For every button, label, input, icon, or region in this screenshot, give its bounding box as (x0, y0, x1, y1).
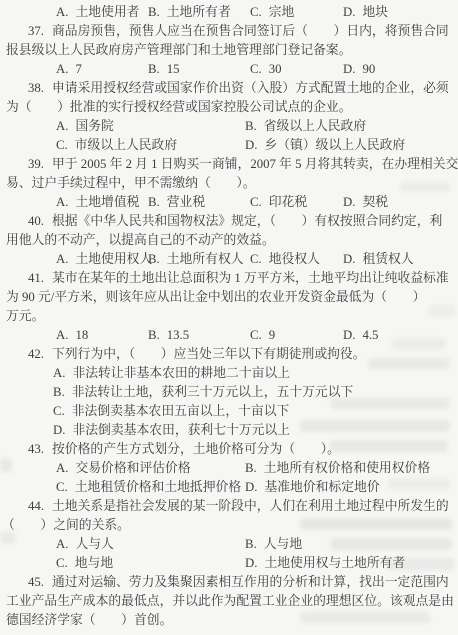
q38-options-row-1: A.国务院 B.省级以上人民政府 (0, 117, 458, 136)
option-text: 印花税 (269, 195, 307, 209)
q37-option-a: A.7 (56, 60, 82, 79)
stem-text: 万元。 (6, 309, 44, 323)
option-label: A. (56, 5, 68, 19)
option-text: 非法转让土地，获利三十万元以上，五十万元以下 (72, 385, 354, 399)
option-text: 市级以上人民政府 (75, 138, 177, 152)
option-label: C. (53, 404, 65, 418)
stem-text: 按价格的产生方式划分，土地价格可分为（ ）。 (52, 442, 340, 456)
question-number: 37. (28, 24, 44, 38)
option-text: 13.5 (167, 328, 189, 342)
q38-option-d: D.乡（镇）级以上人民政府 (245, 136, 405, 155)
option-label: A. (56, 328, 68, 342)
question-number: 39. (28, 157, 44, 171)
q41-option-a: A.18 (56, 326, 88, 345)
q38-stem-line-1: 38.申请采用授权经营或国家作价出资（入股）方式配置土地的企业，必须 (0, 79, 458, 98)
q44-option-a: A.人与人 (56, 535, 114, 554)
option-text: 土地所有权价格和使用权价格 (264, 461, 430, 475)
option-text: 18 (75, 328, 88, 342)
q41-stem-line-3: 万元。 (0, 307, 458, 326)
option-label: D. (343, 62, 355, 76)
stem-text: 土地关系是指社会发展的某一阶段中，人们在利用土地过程中所发生的 (52, 499, 449, 513)
option-label: C. (56, 556, 68, 570)
option-text: 90 (362, 62, 375, 76)
option-label: B. (148, 328, 160, 342)
option-text: 地役权人 (269, 252, 320, 266)
q38-option-c: C.市级以上人民政府 (56, 136, 177, 155)
option-label: D. (245, 138, 257, 152)
q39-option-b: B.营业税 (148, 193, 205, 212)
q41-stem-line-1: 41.某市在某年的土地出让总面积为 1 万平方米，土地平均出让纯收益标准 (0, 269, 458, 288)
option-text: 乡（镇）级以上人民政府 (264, 138, 405, 152)
q39-stem-line-1: 39.甲于 2005 年 2 月 1 日购买一商铺，2007 年 5 月将其转卖… (0, 155, 458, 174)
question-number: 42. (28, 347, 44, 361)
stem-text: 通过对运输、劳力及集聚因素相互作用的分析和计算，找出一定范围内 (52, 575, 449, 589)
option-text: 土地所有者 (167, 5, 231, 19)
q44-stem-line-2: （ ）之间的关系。 (0, 516, 458, 535)
option-label: D. (343, 195, 355, 209)
option-text: 7 (75, 62, 81, 76)
option-label: B. (148, 252, 160, 266)
option-label: C. (250, 5, 262, 19)
option-label: B. (53, 385, 65, 399)
option-text: 地块 (362, 5, 388, 19)
q43-option-b: B.土地所有权价格和使用权价格 (245, 459, 430, 478)
question-number: 43. (28, 442, 44, 456)
option-text: 土地使用者 (75, 5, 139, 19)
q37-option-d: D.90 (343, 60, 375, 79)
q37-stem-line-2: 报县级以上人民政府房产管理部门和土地管理部门登记备案。 (0, 41, 458, 60)
option-label: A. (56, 461, 68, 475)
q36-option-a: A.土地使用者 (56, 3, 139, 22)
option-text: 营业税 (167, 195, 205, 209)
q42-option-c: C.非法倒卖基本农田五亩以上，十亩以下 (0, 402, 458, 421)
option-label: B. (148, 5, 160, 19)
option-label: D. (343, 252, 355, 266)
q44-option-b: B.人与地 (245, 535, 302, 554)
q40-option-a: A.土地使用权人 (56, 250, 152, 269)
option-text: 土地所有权人 (167, 252, 244, 266)
stem-text: 申请采用授权经营或国家作价出资（入股）方式配置土地的企业，必须 (52, 81, 449, 95)
stem-text: 某市在某年的土地出让总面积为 1 万平方米，土地平均出让纯收益标准 (52, 271, 449, 285)
option-text: 契税 (362, 195, 388, 209)
q38-option-a: A.国务院 (56, 117, 114, 136)
option-text: 基准地价和标定地价 (264, 480, 379, 494)
q36-option-b: B.土地所有者 (148, 3, 231, 22)
option-label: B. (245, 461, 257, 475)
stem-text: 甲于 2005 年 2 月 1 日购买一商铺，2007 年 5 月将其转卖，在办… (52, 157, 458, 171)
option-label: A. (53, 366, 65, 380)
option-text: 省级以上人民政府 (264, 119, 366, 133)
q40-option-d: D.租赁权人 (343, 250, 414, 269)
option-text: 非法转让非基本农田的耕地二十亩以上 (72, 366, 290, 380)
q36-options-row: A.土地使用者 B.土地所有者 C.宗地 D.地块 (0, 3, 458, 22)
q44-option-c: C.地与地 (56, 554, 113, 573)
option-text: 土地增值税 (75, 195, 139, 209)
option-label: C. (56, 138, 68, 152)
option-label: A. (56, 195, 68, 209)
option-text: 30 (269, 62, 282, 76)
question-number: 45. (28, 575, 44, 589)
q43-options-row-1: A.交易价格和评估价格 B.土地所有权价格和使用权价格 (0, 459, 458, 478)
stem-text: 为（ ）批准的实行授权经营或国家控股公司试点的企业。 (6, 100, 352, 114)
question-number: 44. (28, 499, 44, 513)
option-text: 地与地 (75, 556, 113, 570)
option-text: 宗地 (269, 5, 295, 19)
option-label: D. (245, 480, 257, 494)
option-text: 非法倒卖基本农田，获利七十万元以上 (72, 423, 290, 437)
option-label: C. (250, 252, 262, 266)
option-text: 人与地 (264, 537, 302, 551)
option-text: 交易价格和评估价格 (75, 461, 190, 475)
q38-stem-line-2: 为（ ）批准的实行授权经营或国家控股公司试点的企业。 (0, 98, 458, 117)
q41-stem-line-2: 为 90 元/平方米，则该年应从出让金中划出的农业开发资金最低为（ ） (0, 288, 458, 307)
q44-stem-line-1: 44.土地关系是指社会发展的某一阶段中，人们在利用土地过程中所发生的 (0, 497, 458, 516)
q42-option-b: B.非法转让土地，获利三十万元以上，五十万元以下 (0, 383, 458, 402)
option-label: B. (148, 62, 160, 76)
option-text: 9 (269, 328, 275, 342)
q39-option-a: A.土地增值税 (56, 193, 139, 212)
q39-options-row: A.土地增值税 B.营业税 C.印花税 D.契税 (0, 193, 458, 212)
option-label: D. (53, 423, 65, 437)
option-text: 土地使用权与土地所有者 (264, 556, 405, 570)
q45-stem-line-2: 工业产品生产成本的最低点，并以此作为配置工业企业的理想区位。该观点是由 (0, 592, 458, 611)
question-number: 38. (28, 81, 44, 95)
option-label: A. (56, 119, 68, 133)
q37-options-row: A.7 B.15 C.30 D.90 (0, 60, 458, 79)
q42-option-d: D.非法倒卖基本农田，获利七十万元以上 (0, 421, 458, 440)
option-text: 土地使用权人 (75, 252, 152, 266)
q41-option-c: C.9 (250, 326, 275, 345)
stem-text: 用他人的不动产，以提高自己的不动产的效益。 (6, 233, 275, 247)
q41-option-d: D.4.5 (343, 326, 378, 345)
stem-text: 德国经济学家（ ）首创。 (6, 613, 172, 627)
q45-stem-line-1: 45.通过对运输、劳力及集聚因素相互作用的分析和计算，找出一定范围内 (0, 573, 458, 592)
stem-text: 根据《中华人民共和国物权法》规定，（ ）有权按照合同约定，利 (52, 214, 442, 228)
option-label: C. (250, 195, 262, 209)
option-label: C. (250, 328, 262, 342)
q40-stem-line-2: 用他人的不动产，以提高自己的不动产的效益。 (0, 231, 458, 250)
q41-option-b: B.13.5 (148, 326, 189, 345)
stem-text: 工业产品生产成本的最低点，并以此作为配置工业企业的理想区位。该观点是由 (6, 594, 454, 608)
q42-option-a: A.非法转让非基本农田的耕地二十亩以上 (0, 364, 458, 383)
q44-options-row-2: C.地与地 D.土地使用权与土地所有者 (0, 554, 458, 573)
q39-option-c: C.印花税 (250, 193, 307, 212)
q45-stem-line-3: 德国经济学家（ ）首创。 (0, 611, 458, 630)
q44-options-row-1: A.人与人 B.人与地 (0, 535, 458, 554)
stem-text: 商品房预售，预售人应当在预售合同签订后（ ）日内，将预售合同 (52, 24, 449, 38)
option-label: A. (56, 537, 68, 551)
option-label: D. (245, 556, 257, 570)
q44-option-d: D.土地使用权与土地所有者 (245, 554, 405, 573)
q40-stem-line-1: 40.根据《中华人民共和国物权法》规定，（ ）有权按照合同约定，利 (0, 212, 458, 231)
option-label: C. (56, 480, 68, 494)
q37-stem-line-1: 37.商品房预售，预售人应当在预售合同签订后（ ）日内，将预售合同 (0, 22, 458, 41)
stem-text: 报县级以上人民政府房产管理部门和土地管理部门登记备案。 (6, 43, 352, 57)
option-text: 4.5 (362, 328, 378, 342)
option-label: A. (56, 252, 68, 266)
q43-option-d: D.基准地价和标定地价 (245, 478, 380, 497)
q38-option-b: B.省级以上人民政府 (245, 117, 366, 136)
option-text: 租赁权人 (362, 252, 413, 266)
q41-options-row: A.18 B.13.5 C.9 D.4.5 (0, 326, 458, 345)
option-text: 土地租赁价格和土地抵押价格 (75, 480, 241, 494)
stem-text: 下列行为中，（ ）应当处三年以下有期徒刑或拘役。 (52, 347, 366, 361)
q37-option-b: B.15 (148, 60, 180, 79)
option-label: D. (343, 328, 355, 342)
q37-option-c: C.30 (250, 60, 282, 79)
q40-option-b: B.土地所有权人 (148, 250, 244, 269)
option-label: D. (343, 5, 355, 19)
q36-option-d: D.地块 (343, 3, 388, 22)
q43-option-c: C.土地租赁价格和土地抵押价格 (56, 478, 241, 497)
option-text: 非法倒卖基本农田五亩以上，十亩以下 (72, 404, 290, 418)
q43-option-a: A.交易价格和评估价格 (56, 459, 191, 478)
q38-options-row-2: C.市级以上人民政府 D.乡（镇）级以上人民政府 (0, 136, 458, 155)
q39-stem-line-2: 易、过户手续过程中，甲不需缴纳（ ）。 (0, 174, 458, 193)
stem-text: 为 90 元/平方米，则该年应从出让金中划出的农业开发资金最低为（ ） (6, 290, 425, 304)
q39-option-d: D.契税 (343, 193, 388, 212)
question-number: 41. (28, 271, 44, 285)
option-text: 国务院 (75, 119, 113, 133)
stem-text: （ ）之间的关系。 (2, 518, 130, 532)
question-number: 40. (28, 214, 44, 228)
option-label: A. (56, 62, 68, 76)
option-text: 15 (167, 62, 180, 76)
option-text: 人与人 (75, 537, 113, 551)
q43-options-row-2: C.土地租赁价格和土地抵押价格 D.基准地价和标定地价 (0, 478, 458, 497)
exam-page: A.土地使用者 B.土地所有者 C.宗地 D.地块 37.商品房预售，预售人应当… (0, 0, 458, 635)
option-label: B. (148, 195, 160, 209)
q42-stem-line-1: 42.下列行为中，（ ）应当处三年以下有期徒刑或拘役。 (0, 345, 458, 364)
q40-options-row: A.土地使用权人 B.土地所有权人 C.地役权人 D.租赁权人 (0, 250, 458, 269)
q40-option-c: C.地役权人 (250, 250, 320, 269)
option-label: B. (245, 537, 257, 551)
option-label: B. (245, 119, 257, 133)
q43-stem-line-1: 43.按价格的产生方式划分，土地价格可分为（ ）。 (0, 440, 458, 459)
q36-option-c: C.宗地 (250, 3, 294, 22)
option-label: C. (250, 62, 262, 76)
stem-text: 易、过户手续过程中，甲不需缴纳（ ）。 (6, 176, 256, 190)
